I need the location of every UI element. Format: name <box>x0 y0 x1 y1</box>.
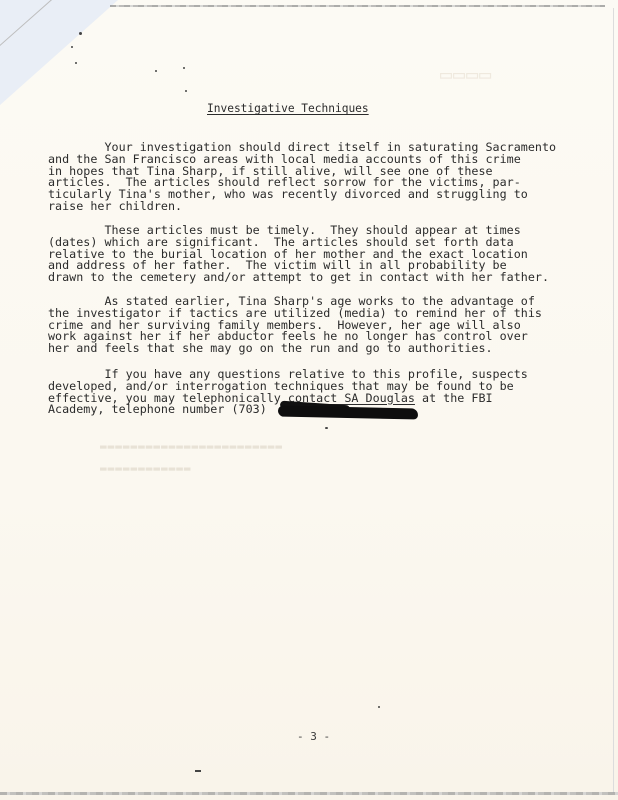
paragraph-line: her and feels that she may go on the run… <box>48 343 542 355</box>
dust-speck <box>185 90 187 92</box>
dust-speck <box>183 67 185 69</box>
paragraph-3: As stated earlier, Tina Sharp's age work… <box>48 296 542 355</box>
bleed-through-mark: ▬▬▬▬▬▬▬▬▬▬▬▬▬▬▬▬▬▬▬▬▬▬▬▬ <box>100 440 283 453</box>
dust-speck <box>71 46 73 48</box>
dust-speck <box>378 706 380 708</box>
paragraph-2: These articles must be timely. They shou… <box>48 225 549 284</box>
dust-speck <box>325 427 328 429</box>
page-bottom-edge <box>0 792 618 795</box>
contact-line-suffix: at the FBI <box>415 391 493 405</box>
dust-speck <box>155 70 157 72</box>
dust-speck <box>75 62 77 64</box>
bleed-through-mark: ▭▭▭▭ <box>440 62 492 86</box>
paragraph-1: Your investigation should direct itself … <box>48 142 556 213</box>
page-top-edge <box>110 5 605 7</box>
folded-corner <box>0 0 118 105</box>
page-number: - 3 - <box>297 730 330 743</box>
section-title: Investigative Techniques <box>207 102 369 115</box>
redaction-mark <box>278 406 418 420</box>
paragraph-line: raise her children. <box>48 201 556 213</box>
page-right-edge <box>613 8 614 793</box>
paragraph-line: drawn to the cemetery and/or attempt to … <box>48 272 549 284</box>
dust-speck <box>195 770 201 772</box>
document-page: ▭▭▭▭ ▬▬▬▬▬▬▬▬▬▬▬▬▬▬▬▬▬▬▬▬▬▬▬▬ ▬▬▬▬▬▬▬▬▬▬… <box>0 0 618 800</box>
dust-speck <box>79 32 82 35</box>
bleed-through-mark: ▬▬▬▬▬▬▬▬▬▬▬▬ <box>100 462 191 475</box>
